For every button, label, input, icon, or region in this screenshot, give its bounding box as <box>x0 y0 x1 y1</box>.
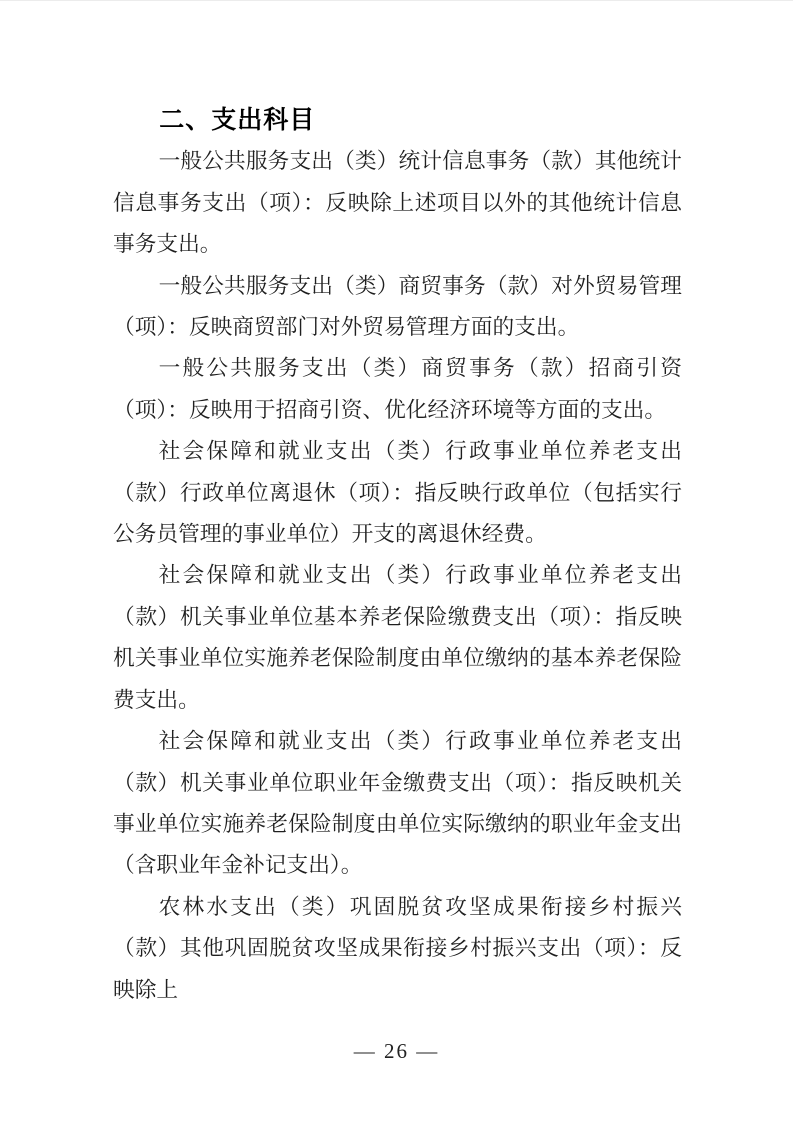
paragraph-rural-revitalization: 农林水支出（类）巩固脱贫攻坚成果衔接乡村振兴（款）其他巩固脱贫攻坚成果衔接乡村振… <box>113 887 682 1011</box>
page-footer: — 26 — <box>0 1039 793 1064</box>
paragraph-admin-unit-retirement: 社会保障和就业支出（类）行政事业单位养老支出（款）行政单位离退休（项）：指反映行… <box>113 431 682 555</box>
paragraph-occupational-annuity-contribution: 社会保障和就业支出（类）行政事业单位养老支出（款）机关事业单位职业年金缴费支出（… <box>113 721 682 887</box>
document-content: 二、支出科目 一般公共服务支出（类）统计信息事务（款）其他统计信息事务支出（项）… <box>113 100 682 1011</box>
document-page: 二、支出科目 一般公共服务支出（类）统计信息事务（款）其他统计信息事务支出（项）… <box>0 0 793 1123</box>
paragraph-foreign-trade-management: 一般公共服务支出（类）商贸事务（款）对外贸易管理（项）：反映商贸部门对外贸易管理… <box>113 266 682 349</box>
paragraph-basic-pension-contribution: 社会保障和就业支出（类）行政事业单位养老支出（款）机关事业单位基本养老保险缴费支… <box>113 555 682 721</box>
section-heading: 二、支出科目 <box>113 100 682 141</box>
paragraph-investment-attraction: 一般公共服务支出（类）商贸事务（款）招商引资（项）：反映用于招商引资、优化经济环… <box>113 348 682 431</box>
paragraph-statistics-info-affairs: 一般公共服务支出（类）统计信息事务（款）其他统计信息事务支出（项）：反映除上述项… <box>113 141 682 265</box>
page-number: — 26 — <box>354 1039 440 1063</box>
